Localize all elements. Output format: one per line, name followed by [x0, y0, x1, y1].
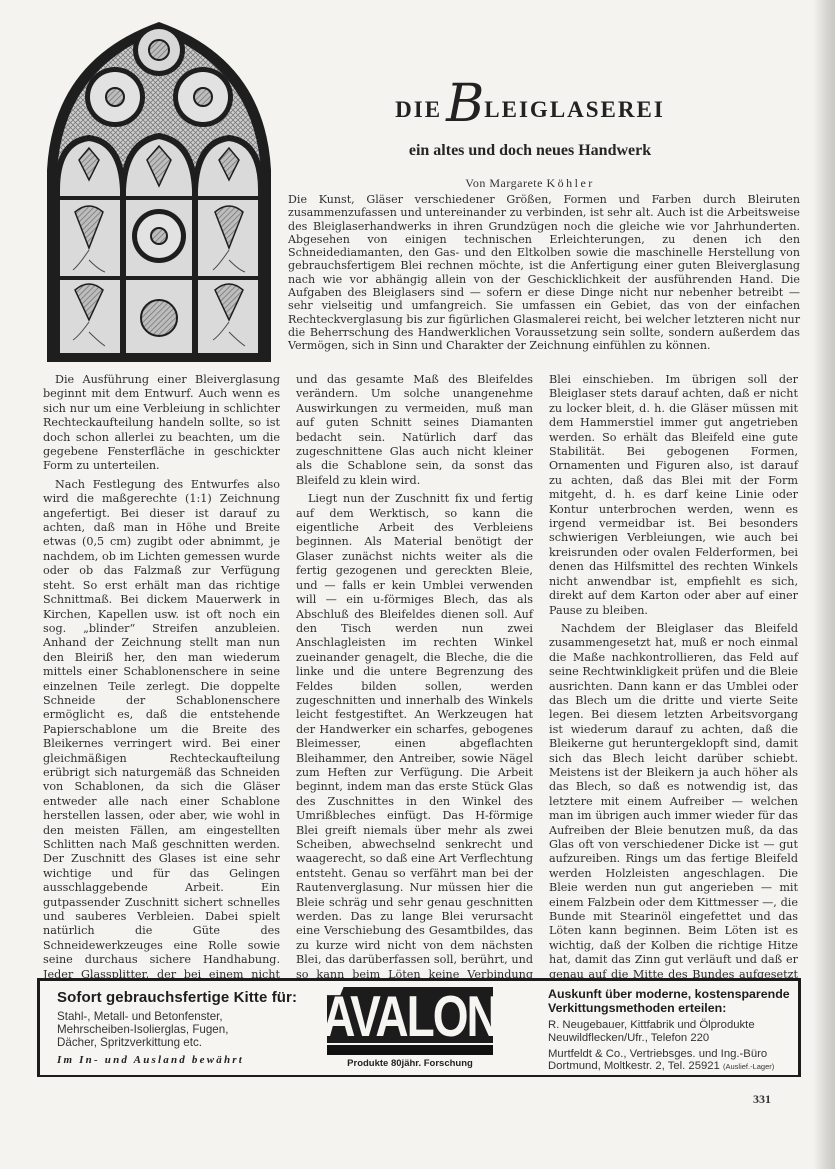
paragraph: Nachdem der Bleiglaser das Bleifeld zusa… — [549, 622, 798, 997]
paragraph: Die Ausführung einer Bleiverglasung begi… — [43, 373, 280, 474]
article-byline: Von Margarete Köhler — [360, 176, 700, 191]
paragraph: und das gesamte Maß des Bleifeldes verän… — [296, 373, 533, 488]
title-prefix: DIE — [395, 97, 442, 123]
ad-contact-headline: Auskunft über moderne, kostensparende Ve… — [548, 988, 790, 1015]
ad-brand-logo: AVALON Produkte 80jähr. Forschung — [312, 981, 508, 1075]
stained-glass-window-image — [43, 20, 275, 362]
title-rest: LEIGLASEREI — [484, 97, 665, 123]
ad-line: Stahl-, Metall- und Betonfenster, — [57, 1010, 312, 1023]
logo-underline-bar — [327, 1043, 493, 1055]
body-column-3: Blei einschieben. Im übrigen soll der Bl… — [549, 373, 798, 1058]
byline-prefix: Von Margarete — [465, 176, 543, 190]
author-surname: Köhler — [546, 176, 594, 190]
body-column-2: und das gesamte Maß des Bleifeldes verän… — [296, 373, 533, 1058]
paragraph: Nach Festlegung des Entwurfes also wird … — [43, 478, 280, 1054]
body-column-1: Die Ausführung einer Bleiverglasung begi… — [43, 373, 280, 1058]
paragraph: Liegt nun der Zuschnitt fix und fertig a… — [296, 492, 533, 1039]
ad-line: Mehrscheiben-Isolierglas, Fugen, — [57, 1023, 312, 1036]
article-body: Die Ausführung einer Bleiverglasung begi… — [43, 373, 798, 963]
ad-product-list: Stahl-, Metall- und Betonfenster, Mehrsc… — [57, 1010, 312, 1049]
ad-contact-note: (Auslief.-Lager) — [723, 1062, 774, 1071]
ad-contact-info: Auskunft über moderne, kostensparende Ve… — [508, 981, 798, 1075]
ad-headline: Sofort gebrauchsfertige Kitte für: — [57, 989, 312, 1006]
logo-wordmark: AVALON — [322, 982, 497, 1050]
page-number: 331 — [753, 1092, 771, 1107]
ad-contact-headline-line: Verkittungsmethoden erteilen: — [548, 1002, 790, 1016]
article-intro: Die Kunst, Gläser verschiedener Größen, … — [288, 193, 800, 353]
ad-slogan: Im In- und Ausland bewährt — [57, 1054, 312, 1066]
ad-contact-neugebauer: R. Neugebauer, Kittfabrik und Ölprodukte… — [548, 1019, 790, 1045]
ad-contact-line: Dortmund, Moltkestr. 2, Tel. 25921 (Ausl… — [548, 1060, 790, 1074]
ad-product-info: Sofort gebrauchsfertige Kitte für: Stahl… — [40, 981, 312, 1075]
ad-contact-murtfeldt: Murtfeldt & Co., Vertriebsges. und Ing.-… — [548, 1048, 790, 1075]
ad-line: Dächer, Spritzverkittung etc. — [57, 1036, 312, 1049]
title-script-initial: B — [446, 78, 486, 130]
article-title: DIE B LEIGLASEREI — [360, 88, 700, 132]
stained-glass-window-icon — [43, 20, 275, 362]
ad-contact-headline-line: Auskunft über moderne, kostensparende — [548, 988, 790, 1002]
paragraph: Blei einschieben. Im übrigen soll der Bl… — [549, 373, 798, 618]
ad-contact-line: Neuwildflecken/Ufr., Telefon 220 — [548, 1032, 790, 1045]
article-header: DIE B LEIGLASEREI ein altes und doch neu… — [360, 88, 700, 191]
article-subtitle: ein altes und doch neues Handwerk — [360, 142, 700, 160]
page-edge-shadow — [813, 0, 835, 1169]
ad-contact-address: Dortmund, Moltkestr. 2, Tel. 25921 — [548, 1060, 720, 1072]
logo-caption: Produkte 80jähr. Forschung — [347, 1058, 473, 1069]
advertisement-box: Sofort gebrauchsfertige Kitte für: Stahl… — [37, 978, 801, 1077]
avalon-logo-icon: AVALON — [327, 987, 493, 1055]
ad-contact-line: Murtfeldt & Co., Vertriebsges. und Ing.-… — [548, 1048, 790, 1061]
ad-contact-line: R. Neugebauer, Kittfabrik und Ölprodukte — [548, 1019, 790, 1032]
magazine-page: DIE B LEIGLASEREI ein altes und doch neu… — [0, 0, 835, 1169]
